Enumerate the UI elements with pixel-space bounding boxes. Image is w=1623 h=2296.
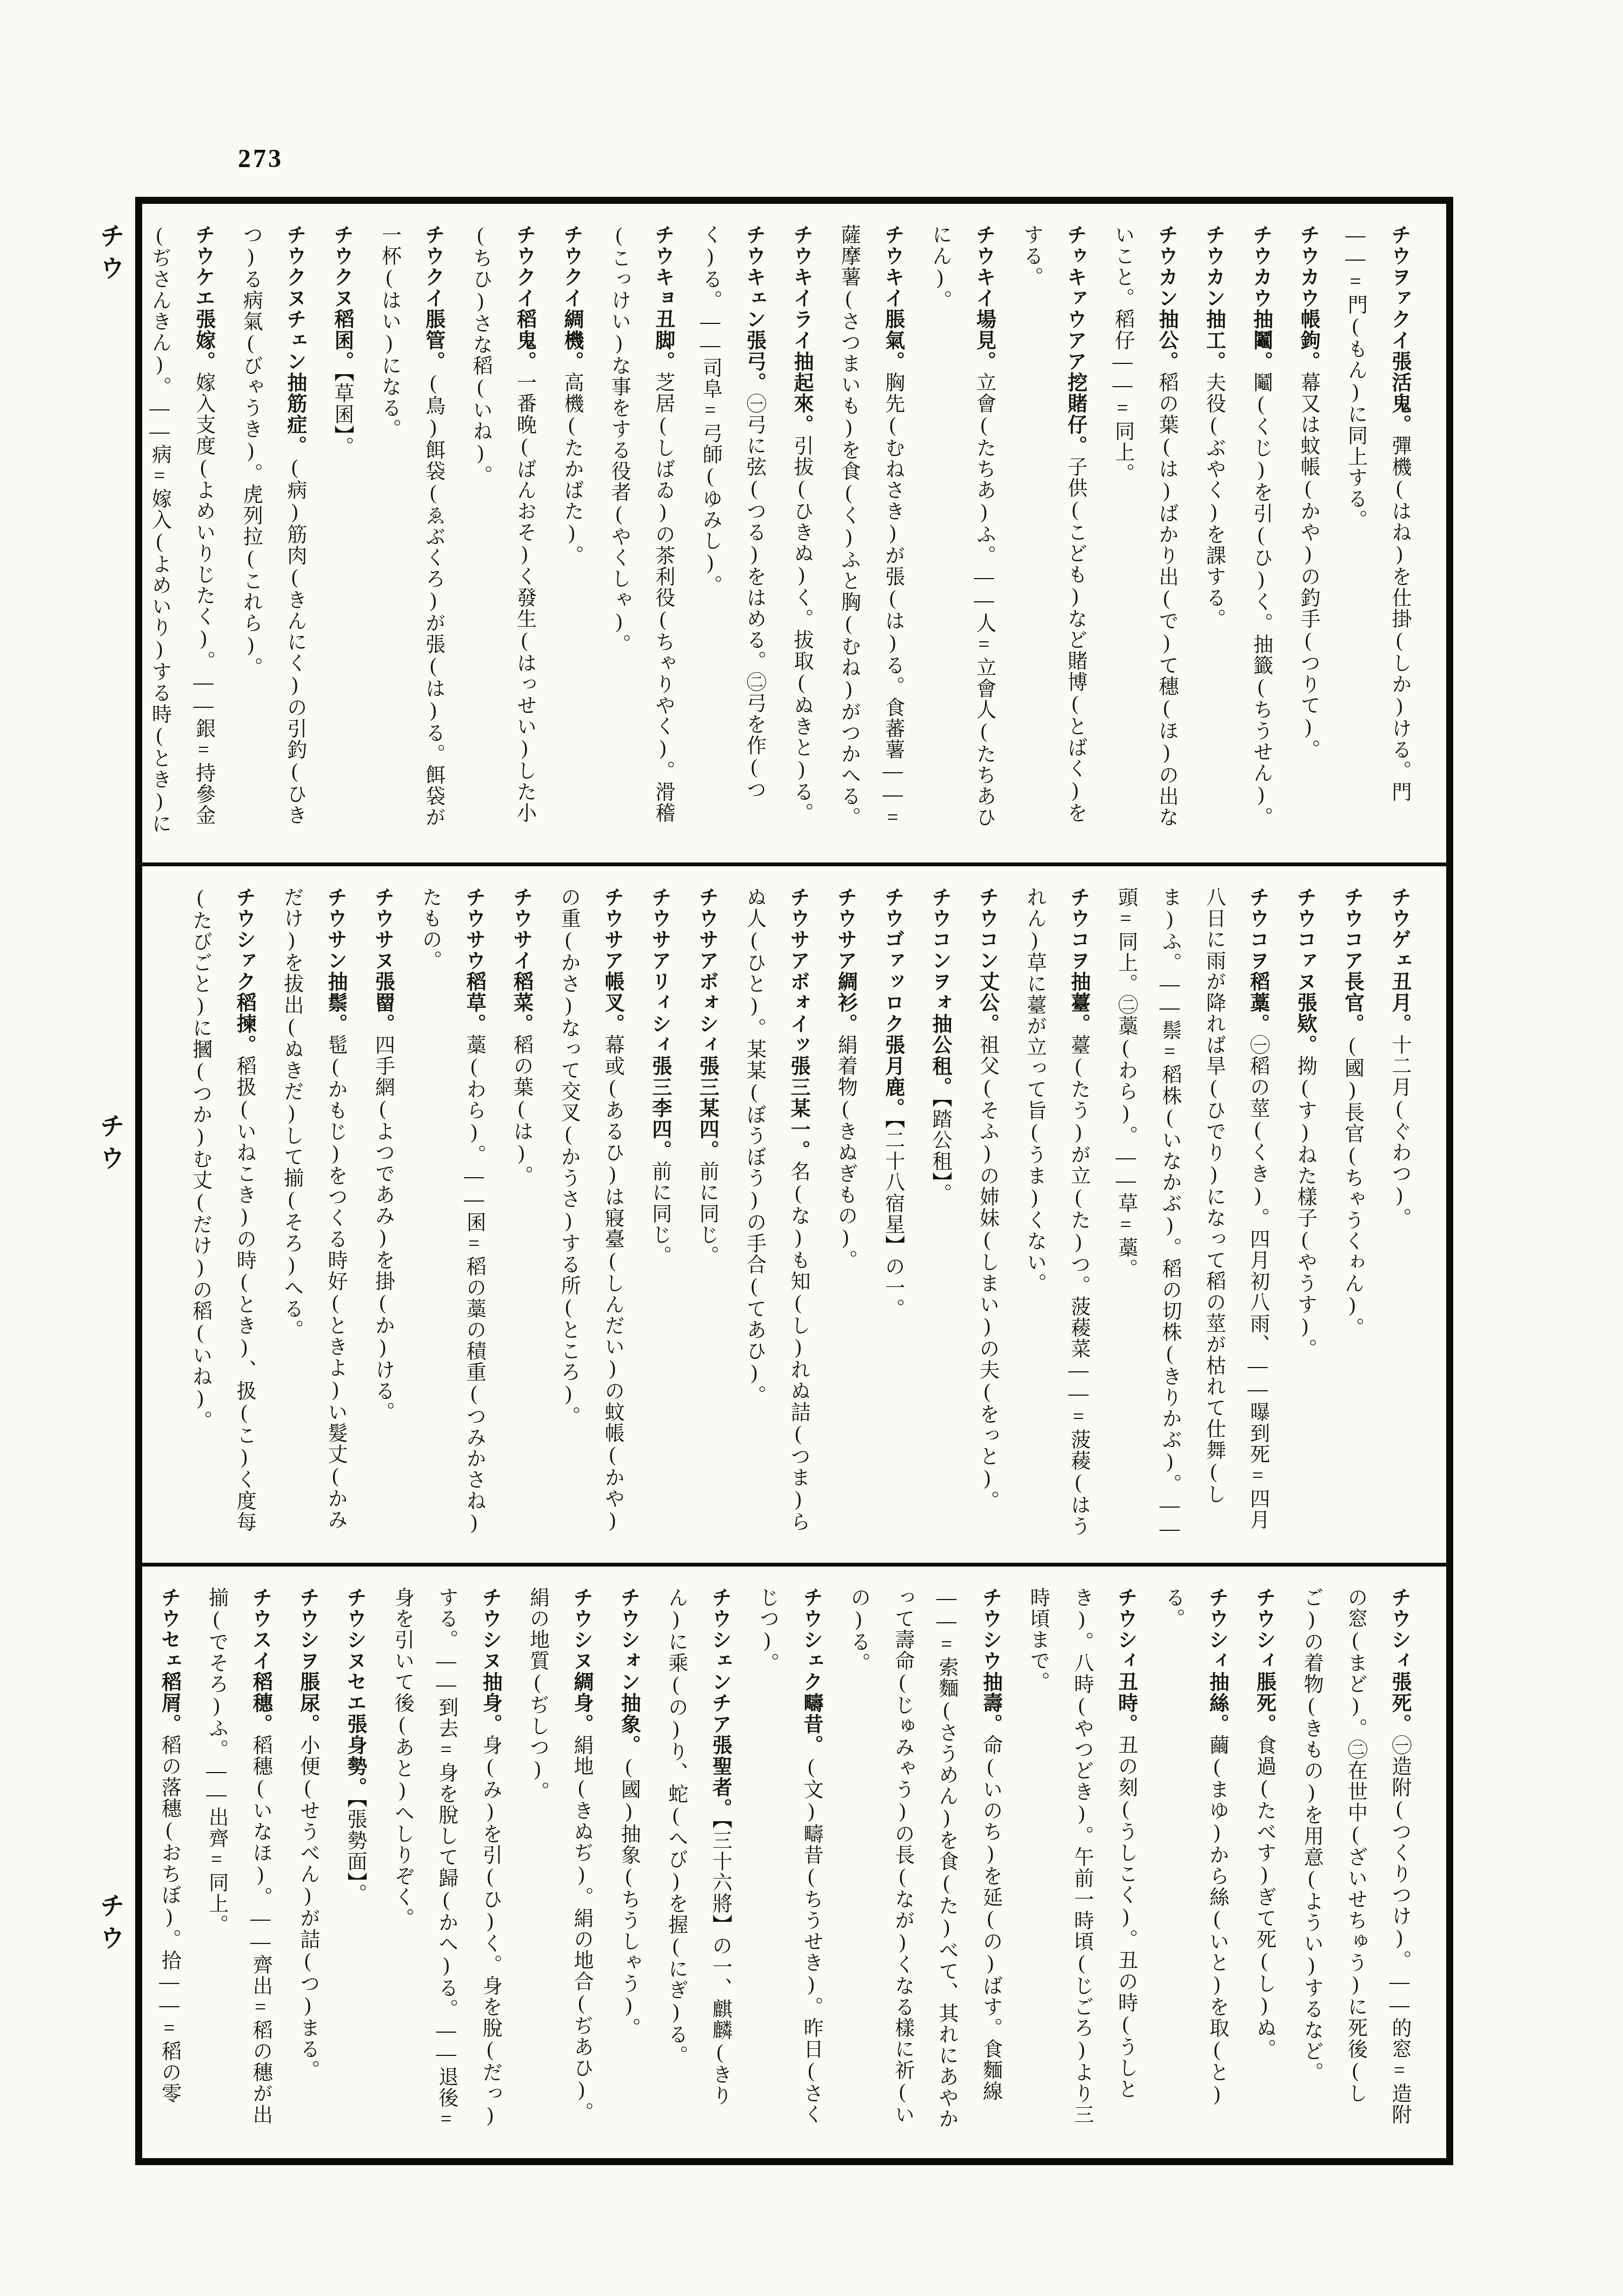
entry-reading: チウクヌ (331, 224, 353, 309)
entry-reading: チウサアボォイッ (787, 887, 809, 1056)
entry-reading: チウサイ (510, 887, 533, 971)
dictionary-entry: チウシァク稻揀。稻扱(いねこき)の時(とき)、扱(こ)く度每(たびごと)に摑(つ… (178, 887, 266, 1544)
dictionary-entry: チウシィ丑時。丑の刻(うしこく)。丑の時(うしとき)。八時(やつどき)。午前一時… (1015, 1587, 1147, 2144)
entry-headword: 抽公租。 (929, 1013, 959, 1098)
entry-headword: 張死。 (1388, 1671, 1418, 1735)
entry-definition: 【踏公租】。 (929, 1098, 956, 1204)
dictionary-entry: チウサア綢衫。絹着物(きぬぎもの)。 (823, 887, 867, 1544)
dictionary-entry: チウクイ綢機。高機(たかばた)。 (550, 224, 594, 844)
entry-definition: 四手網(よつであみ)を掛(か)ける。 (371, 1034, 399, 1423)
entry-definition: 絹着物(きぬぎもの)。 (834, 1034, 862, 1271)
entry-definition: 食過(たべす)ぎて死(し)ぬ。 (1253, 1735, 1281, 2060)
section-divider-2 (142, 1563, 1446, 1567)
entry-definition: 引拔(ひきぬ)く。拔取(ぬきと)る。 (790, 435, 818, 824)
dictionary-entry: チウシヲ脹尿。小便(せうべん)が詰(つ)まる。 (285, 1587, 329, 2144)
entry-reading: チウシヌ (570, 1587, 593, 1671)
entry-definition: (國)抽象(ちうしゃう)。 (617, 1756, 645, 2039)
entry-reading: チウクイ (514, 224, 536, 309)
section-divider-1 (142, 862, 1446, 866)
dictionary-entry: チウサアボォシィ張三某四。前に同じ。 (685, 887, 729, 1544)
entry-headword: 抽起來。 (790, 351, 820, 435)
entry-reading: チウコア (1341, 887, 1363, 971)
entry-reading: チウシヌセエ (344, 1587, 366, 1714)
entry-headword: 張月鹿。 (882, 1034, 912, 1119)
entry-reading: チウクイ (561, 224, 583, 309)
entry-definition: (國)長官(ちゃうくゎん)。 (1341, 1034, 1369, 1338)
entry-headword: 稻穗。 (249, 1671, 279, 1735)
dictionary-entry: チウサアリィシィ張三李四。前に同じ。 (637, 887, 681, 1544)
entry-definition: 高機(たかばた)。 (561, 372, 588, 566)
dictionary-entry: チウケエ張嫁。嫁入支度(よめいりじたく)。——銀=持參金(ぢさんきん)。——病=… (142, 224, 225, 844)
entry-reading: チウシィ (1206, 1587, 1228, 1671)
margin-index-label-bottom: チウ (93, 1893, 129, 1957)
dictionary-entry: チウサウ稻草。藁(わら)。——囷=稻の藁の積重(つみかさね)たもの。 (408, 887, 496, 1544)
entry-reading: チウカン (1202, 224, 1225, 309)
entry-reading: チウクイ (422, 224, 444, 309)
dictionary-entry: チウシォン抽象。(國)抽象(ちうしゃう)。 (607, 1587, 650, 2144)
entry-definition: 【張勢面】。 (344, 1798, 371, 1905)
margin-index-label-top: チウ (93, 223, 129, 288)
dictionary-entry: チウゲェ丑月。十二月(ぐわつ)。 (1378, 887, 1421, 1544)
dictionary-entry: チウヲァクイ張活鬼。彈機(はね)を仕掛(しか)ける。門——=門(もん)に同上する… (1333, 224, 1421, 844)
entry-definition: 前に同じ。 (649, 1161, 676, 1266)
dictionary-section-1: チウヲァクイ張活鬼。彈機(はね)を仕掛(しか)ける。門——=門(もん)に同上する… (142, 204, 1446, 862)
dictionary-entry: チウカン抽工。夫役(ぶやく)を課する。 (1192, 224, 1235, 844)
dictionary-entry: チウシヌセエ張身勢。【張勢面】。 (333, 1587, 377, 2144)
dictionary-entry: チウキェン張弓。㊀弓に弦(つる)をはめる。㊁弓を作(つく)る。——司阜=弓師(ゆ… (688, 224, 776, 844)
entry-reading: チウサヌ (371, 887, 394, 971)
entry-reading: チウゴァッロク (882, 887, 904, 1034)
entry-headword: 脹氣。 (882, 309, 912, 372)
entry-headword: 長官。 (1341, 971, 1371, 1034)
entry-reading: チウキイライ (790, 224, 813, 351)
entry-reading: チウクヌチェン (284, 224, 306, 372)
entry-headword: 丑時。 (1115, 1671, 1145, 1735)
dictionary-entry: チウサイ稻菜。稻の葉(は)。 (499, 887, 543, 1544)
entry-reading: チウサウ (463, 887, 485, 971)
entry-headword: 抽象。 (617, 1693, 647, 1756)
entry-reading: チウケエ (192, 224, 215, 309)
entry-headword: 丈公。 (976, 971, 1006, 1034)
entry-reading: チウシェク (800, 1587, 822, 1693)
entry-reading: チウシィ (1388, 1587, 1411, 1671)
entry-definition: 前に同じ。 (696, 1161, 723, 1266)
dictionary-entry: チウコヲ稻藁。㊀稻の莖(くき)。四月初八雨、——曝到死=四月八日に雨が降れば旱(… (1103, 887, 1280, 1544)
entry-reading: チウキイ (882, 224, 904, 309)
dictionary-entry: チウサン抽鬃。髢(かもじ)をつくる時好(ときよ)い髮丈(かみだけ)を拔出(ぬきだ… (269, 887, 357, 1544)
entry-headword: 張聖者。 (709, 1735, 739, 1819)
entry-definition: 拗(す)ねた樣子(やうす)。 (1294, 1056, 1321, 1359)
entry-definition: 【草囷】。 (331, 372, 358, 457)
dictionary-entry: チウキイ脹氣。胸先(むねさき)が張(は)る。食蕃薯——=薩摩薯(さつまいも)を食… (827, 224, 915, 844)
entry-headword: 抽身。 (479, 1671, 509, 1735)
dictionary-entry: チウセェ稻屑。稻の落穗(おちぼ)。拾——=稻の零(こぼれ)を拾(ひろ)ふ。 (142, 1587, 191, 2144)
dictionary-entry: チウゴァッロク張月鹿。【二十八宿星】の一。 (870, 887, 914, 1544)
dictionary-entry: チウシェク疇昔。(文)疇昔(ちうせき)。昨日(さくじつ)。 (745, 1587, 833, 2144)
dictionary-entry: チウカウ帳鉤。幕又は蚊帳(かや)の釣手(つりて)。 (1286, 224, 1330, 844)
entry-definition: 十二月(ぐわつ)。 (1388, 1034, 1416, 1229)
entry-reading: チウシウ (979, 1587, 1001, 1671)
dictionary-entry: チウコヲ抽薹。薹(たう)が立(た)つ。菠薐菜——=菠薐(はうれん)草に薹が立って… (1012, 887, 1100, 1544)
entry-reading: チウサアリィシィ (649, 887, 671, 1056)
entry-reading: チウサアボォシィ (696, 887, 718, 1056)
entry-definition: 祖父(そふ)の姉妹(しまい)の夫(をっと)。 (976, 1034, 1003, 1511)
entry-headword: 稻屑。 (158, 1671, 188, 1735)
dictionary-entry: チウカン抽公。稻の葉(は)ばかり出(で)て穗(ほ)の出ないこと。稻仔——=同上。 (1100, 224, 1188, 844)
entry-reading: チウカウ (1250, 224, 1272, 309)
dictionary-entry: チウキョ丑脚。芝居(しばゐ)の茶利役(ちゃりやく)。滑稽(こっけい)な事をする役… (597, 224, 685, 844)
entry-reading: チウコヲ (1247, 887, 1269, 971)
entry-headword: 稻囷。 (331, 309, 361, 372)
dictionary-entry: チウクヌチェン抽筋症。(病)筋肉(きんにく)の引釣(ひきつ)る病氣(びゃうき)。… (229, 224, 317, 844)
entry-reading: チウサア (834, 887, 856, 971)
entry-reading: チウコァヌ (1294, 887, 1316, 992)
entry-reading: チウキョ (652, 224, 674, 309)
entry-reading: チゥキァウアア (1064, 224, 1086, 372)
dictionary-entry: チウシィ張死。㊀造附(つくりつけ)。——的窓=造附の窓(まど)。㊁在世中(ざいせ… (1289, 1587, 1421, 2144)
dictionary-entry: チウスイ稻穗。稻穗(いなほ)。——齊出=稻の穗が出揃(でそろ)ふ。——出齊=同上… (194, 1587, 282, 2144)
dictionary-entry: チウサアボォイッ張三某一。名(な)も知(し)れぬ詰(つま)らぬ人(ひと)。某某(… (732, 887, 820, 1544)
entry-headword: 場見。 (973, 309, 1002, 372)
dictionary-entry: チウクヌ稻囷。【草囷】。 (320, 224, 364, 844)
entry-headword: 張弓。 (743, 330, 773, 393)
entry-headword: 張欵。 (1294, 992, 1323, 1056)
entry-reading: チウサン (324, 887, 347, 971)
entry-definition: 【二十八宿星】の一。 (882, 1119, 909, 1320)
entry-headword: 稻草。 (463, 971, 493, 1034)
entry-reading: チウシヌ (479, 1587, 501, 1671)
entry-headword: 稻揀。 (233, 992, 263, 1056)
entry-headword: 丑脚。 (652, 309, 682, 372)
entry-reading: チウコン (976, 887, 998, 971)
dictionary-entry: チウキイライ抽起來。引拔(ひきぬ)く。拔取(ぬきと)る。 (780, 224, 823, 844)
entry-headword: 脹死。 (1253, 1671, 1283, 1735)
entry-reading: チウカウ (1297, 224, 1319, 309)
entry-reading: チウシィ (1115, 1587, 1137, 1671)
entry-headword: 疇昔。 (800, 1693, 830, 1756)
entry-headword: 抽薹。 (1067, 971, 1097, 1034)
entry-reading: チウシォン (617, 1587, 640, 1693)
entry-reading: チウコヲ (1067, 887, 1089, 971)
dictionary-entry: チウサア帳叉。幕或(あるひ)は寢臺(しんだい)の蚊帳(かや)の重(かさ)なって交… (547, 887, 635, 1544)
page-number: 273 (238, 144, 283, 174)
entry-headword: 抽筋症。 (284, 372, 314, 456)
entry-reading: チウシィ (1253, 1587, 1275, 1671)
dictionary-entry: チウシィ脹死。食過(たべす)ぎて死(し)ぬ。 (1242, 1587, 1286, 2144)
entry-headword: 張嫁。 (192, 309, 222, 372)
entry-headword: 張活鬼。 (1388, 351, 1418, 435)
entry-headword: 脹尿。 (297, 1671, 327, 1735)
entry-headword: 張三某一。 (787, 1056, 817, 1161)
entry-headword: 綢機。 (561, 309, 590, 372)
entry-reading: チウヲァクイ (1388, 224, 1411, 351)
entry-headword: 稻藁。 (1247, 971, 1276, 1034)
dictionary-entry: チウクイ脹管。(鳥)餌袋(ゑぶくろ)が張(は)る。餌袋が一杯(はい)になる。 (367, 224, 455, 844)
entry-headword: 抽鬮。 (1250, 309, 1280, 372)
dictionary-entry: チウシウ抽壽。命(いのち)を延(の)ばす。食麵線——=索麵(さうめん)を食(た)… (836, 1587, 1013, 2144)
entry-reading: チウセェ (158, 1587, 180, 1671)
entry-reading: チウゲェ (1388, 887, 1411, 971)
entry-headword: 帳鉤。 (1297, 309, 1327, 372)
entry-headword: 稻鬼。 (514, 309, 543, 372)
entry-headword: 帳叉。 (601, 971, 631, 1034)
entry-headword: 脹管。 (422, 309, 452, 372)
dictionary-entry: チウキイ場見。立會(たちあ)ふ。——人=立會人(たちあひにん)。 (918, 224, 1006, 844)
entry-headword: 張三某四。 (696, 1056, 726, 1161)
entry-reading: チウスイ (249, 1587, 271, 1671)
dictionary-entry: チウサヌ張罶。四手網(よつであみ)を掛(か)ける。 (361, 887, 404, 1544)
dictionary-section-2: チウゲェ丑月。十二月(ぐわつ)。 チウコア長官。(國)長官(ちゃうくゎん)。 チ… (142, 866, 1446, 1563)
entry-headword: 張罶。 (371, 971, 401, 1034)
entry-reading: チウサア (601, 887, 623, 971)
entry-reading: チウシェンチア (709, 1587, 731, 1735)
entry-headword: 挖賭仔。 (1064, 372, 1094, 456)
margin-index-label-middle: チウ (93, 1113, 129, 1178)
entry-definition: 小便(せうべん)が詰(つ)まる。 (297, 1735, 324, 2081)
dictionary-entry: チウシヌ綢身。絹地(きぬぢ)。絹の地合(ぢあひ)。絹の地質(ぢしつ)。 (515, 1587, 603, 2144)
dictionary-page-box: チウヲァクイ張活鬼。彈機(はね)を仕掛(しか)ける。門——=門(もん)に同上する… (135, 197, 1453, 2165)
entry-headword: 丑月。 (1388, 971, 1418, 1034)
entry-headword: 稻菜。 (510, 971, 540, 1034)
entry-reading: チウキイ (973, 224, 995, 309)
dictionary-entry: チゥキァウアア挖賭仔。子供(こども)など賭博(とばく)をする。 (1009, 224, 1097, 844)
entry-headword: 抽絲。 (1206, 1671, 1235, 1735)
entry-reading: チウコンヲォ (929, 887, 951, 1013)
entry-definition: 夫役(ぶやく)を課する。 (1202, 372, 1230, 629)
entry-headword: 抽公。 (1155, 309, 1185, 372)
entry-headword: 綢衫。 (834, 971, 864, 1034)
dictionary-entry: チウシヌ抽身。身(み)を引(ひ)く。身を脫(だっ)する。——到去=身を脫して歸(… (380, 1587, 512, 2144)
entry-reading: チウシヲ (297, 1587, 319, 1671)
entry-reading: チウカン (1155, 224, 1178, 309)
dictionary-entry: チウコア長官。(國)長官(ちゃうくゎん)。 (1330, 887, 1374, 1544)
entry-reading: チウキェン (743, 224, 766, 330)
entry-definition: 稻の葉(は)。 (510, 1034, 538, 1186)
dictionary-entry: チウシェンチア張聖者。【三十六將】の一、麒麟(きりん)に乘(の)り、蛇(へび)を… (654, 1587, 742, 2144)
dictionary-entry: チウシィ抽絲。繭(まゆ)から絲(いと)を取(と)る。 (1151, 1587, 1239, 2144)
entry-headword: 抽鬃。 (324, 971, 354, 1034)
entry-definition: 幕又は蚊帳(かや)の釣手(つりて)。 (1297, 372, 1325, 760)
dictionary-entry: チウカウ抽鬮。鬮(くじ)を引(ひ)く。抽籤(ちうせん)。 (1239, 224, 1282, 844)
dictionary-section-3: チウシィ張死。㊀造附(つくりつけ)。——的窓=造附の窓(まど)。㊁在世中(ざいせ… (142, 1567, 1446, 2162)
entry-reading: チウシァク (233, 887, 255, 992)
dictionary-entry: チウコンヲォ抽公租。【踏公租】。 (918, 887, 962, 1544)
entry-headword: 抽工。 (1202, 309, 1232, 372)
entry-headword: 抽壽。 (979, 1671, 1009, 1735)
dictionary-entry: チウクイ稻鬼。一番晚(ばんおそ)く發生(はっせい)した小(ちひ)さな稻(いね)。 (458, 224, 547, 844)
dictionary-entry: チウコァヌ張欵。拗(す)ねた樣子(やうす)。 (1283, 887, 1327, 1544)
entry-headword: 張身勢。 (344, 1714, 374, 1798)
dictionary-entry: チウコン丈公。祖父(そふ)の姉妹(しまい)の夫(をっと)。 (965, 887, 1009, 1544)
entry-headword: 張三李四。 (649, 1056, 679, 1161)
entry-definition: 鬮(くじ)を引(ひ)く。抽籤(ちうせん)。 (1250, 372, 1278, 828)
entry-headword: 綢身。 (570, 1671, 600, 1735)
